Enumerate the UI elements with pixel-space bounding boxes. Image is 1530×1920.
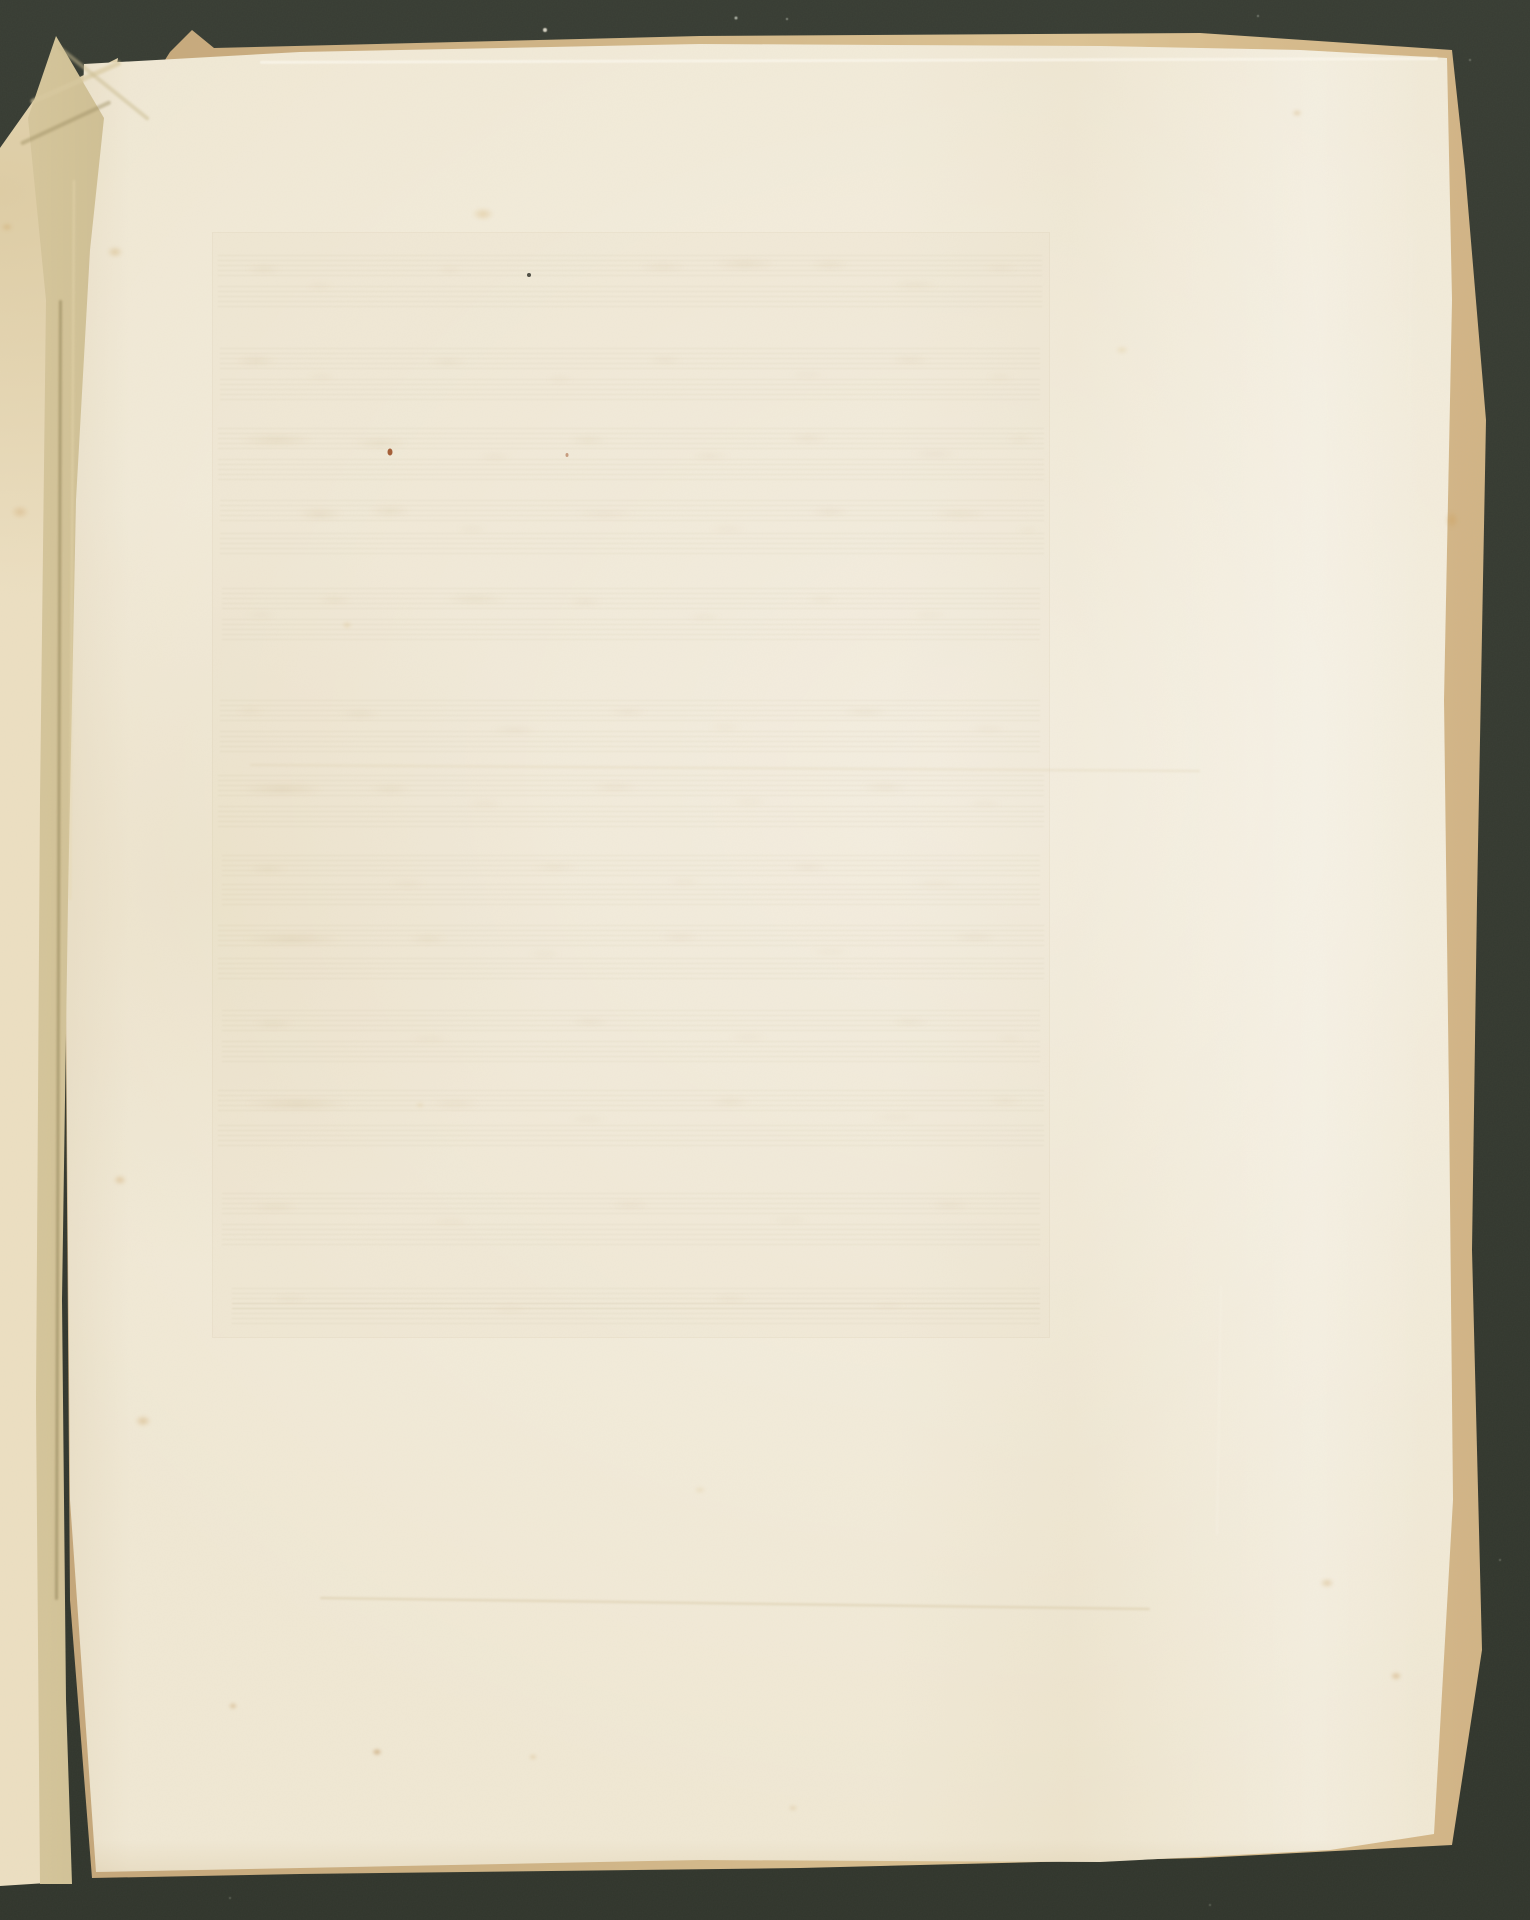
ink-speck bbox=[527, 273, 531, 277]
dust-speck bbox=[229, 1897, 231, 1899]
dust-speck bbox=[1469, 59, 1471, 61]
dust-speck bbox=[735, 17, 738, 20]
crease-mark bbox=[1404, 235, 1412, 690]
foxing-spot bbox=[787, 1804, 800, 1813]
foxing-spot bbox=[692, 1485, 708, 1495]
dust-speck bbox=[1209, 1904, 1211, 1906]
crease-mark bbox=[69, 180, 75, 900]
dust-speck bbox=[786, 18, 788, 20]
foxing-spot bbox=[8, 503, 32, 521]
foxing-spot bbox=[414, 1101, 426, 1109]
crease-mark bbox=[30, 60, 122, 105]
foxing-spot bbox=[1113, 344, 1131, 356]
foxing-spot bbox=[370, 1747, 384, 1757]
foxing-spot bbox=[1290, 108, 1304, 118]
ink-speck bbox=[566, 453, 569, 457]
scanned-book-page bbox=[0, 0, 1530, 1920]
foxing-spot bbox=[527, 1753, 539, 1762]
foxing-spot bbox=[227, 1701, 239, 1711]
crease-mark bbox=[55, 300, 62, 1600]
crease-mark bbox=[1216, 1285, 1222, 1535]
foxing-spot bbox=[1443, 508, 1461, 532]
crease-mark bbox=[250, 764, 1200, 772]
ink-speck bbox=[388, 449, 393, 456]
foxing-spot bbox=[104, 244, 126, 260]
crease-mark bbox=[1302, 180, 1350, 620]
foxing-spot bbox=[0, 221, 15, 233]
foxing-spot bbox=[468, 205, 498, 223]
foxing-spot bbox=[111, 1173, 129, 1187]
paper-marks-layer bbox=[0, 0, 1530, 1920]
crease-mark bbox=[20, 100, 112, 146]
dust-speck bbox=[543, 28, 547, 32]
foxing-spot bbox=[132, 1413, 154, 1429]
foxing-spot bbox=[1388, 1670, 1404, 1682]
crease-mark bbox=[320, 1597, 1150, 1610]
foxing-spot bbox=[1317, 1576, 1337, 1590]
dust-speck bbox=[1499, 1559, 1501, 1561]
dust-speck bbox=[1257, 15, 1259, 17]
foxing-spot bbox=[340, 620, 354, 630]
